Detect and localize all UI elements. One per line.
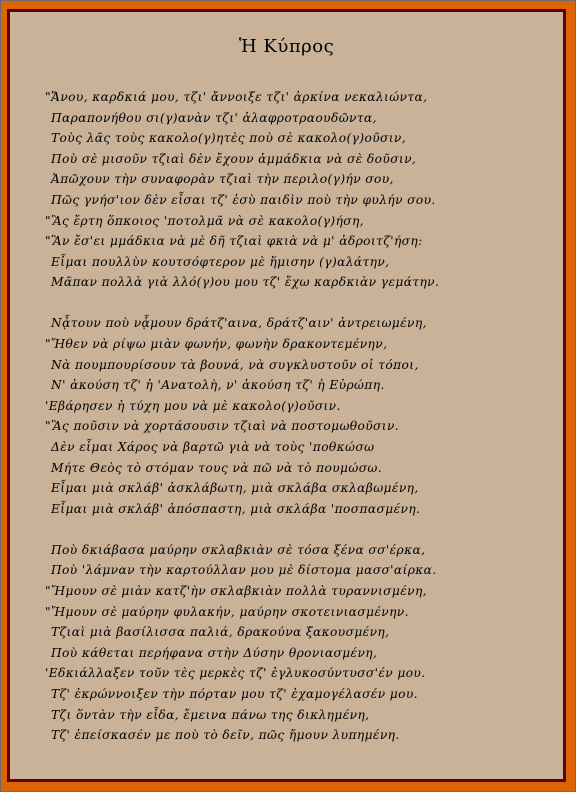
poem-line: Νὰ πουμπουρίσουν τὰ βουνά, νὰ συγκλυστοῦ…	[45, 355, 553, 376]
poem-line: Τοὺς λᾶς τοὺς κακολο(γ)ητὲς ποὺ σὲ κακολ…	[45, 128, 553, 149]
page: Ἡ Κύπρος "Ἄνου, καρδκιά μου, τζι' ἄννοιξ…	[10, 12, 563, 779]
poem-body: "Ἄνου, καρδκιά μου, τζι' ἄννοιξε τζι' ἀρ…	[45, 87, 553, 766]
poem-line: Ποὺ 'λάμναν τὴν καρτούλλαν μου μὲ δίστομ…	[45, 560, 553, 581]
poem-line: Ἀπῶχουν τὴν συναφορὰν τζιαὶ τὴν περιλο(γ…	[45, 169, 553, 190]
poem-line: Ν' ἀκούση τζ' ἡ 'Ανατολὴ, ν' ἀκούση τζ' …	[45, 375, 553, 396]
poem-title: Ἡ Κύπρος	[10, 36, 563, 57]
poem-line: Τζιαὶ μιὰ βασίλισσα παλιά, δρακούνα ξακο…	[45, 622, 553, 643]
poem-line: "Ἄνου, καρδκιά μου, τζι' ἄννοιξε τζι' ἀρ…	[45, 87, 553, 108]
stanza-1: "Ἄνου, καρδκιά μου, τζι' ἄννοιξε τζι' ἀρ…	[45, 87, 553, 293]
stanza-3: Ποὺ δκιάβασα μαύρην σκλαβκιὰν σὲ τόσα ξέ…	[45, 540, 553, 746]
poem-line: "Ἂς ἔρτη ὅπκοιος 'ποτολμᾶ νὰ σὲ κακολο(γ…	[45, 211, 553, 232]
poem-line: Εἶμαι πουλλὺν κουτσόφτερον μὲ ἥμισην (γ)…	[45, 252, 553, 273]
poem-line: 'Εδκιάλλαξεν τοῦν τὲς μερκὲς τζ' ἐγλυκοσ…	[45, 663, 553, 684]
poem-line: "Ἤθεν νὰ ρίψω μιὰν φωνήν, φωνὴν δρακοντε…	[45, 334, 553, 355]
poem-line: Ποὺ σὲ μισοῦν τζιαὶ δὲν ἔχουν ἀμμάδκια ν…	[45, 149, 553, 170]
poem-line: "Ἂς ποῦσιν νὰ χορτάσουσιν τζιαὶ νὰ ποστο…	[45, 416, 553, 437]
poem-line: Ποὺ κάθεται περήφανα στὴν Δύσην θρονιασμ…	[45, 643, 553, 664]
poem-line: "Ἤμουν σὲ μαύρην φυλακήν, μαύρην σκοτειν…	[45, 602, 553, 623]
poem-line: Μᾶπαν πολλὰ γιὰ λλό(γ)ου μου τζ' ἔχω καρ…	[45, 272, 553, 293]
poem-line: "Ἂν ἔσ'ει μμάδκια νὰ μὲ δῆ τζιαὶ φκιὰ νὰ…	[45, 231, 553, 252]
poem-line: Ποὺ δκιάβασα μαύρην σκλαβκιὰν σὲ τόσα ξέ…	[45, 540, 553, 561]
poem-line: Δὲν εἶμαι Χάρος νὰ βαρτῶ γιὰ νὰ τοὺς 'πο…	[45, 437, 553, 458]
poem-line: Τζ' ἐπείσκασέν με ποὺ τὸ δεῖν, πῶς ἤμουν…	[45, 725, 553, 746]
poem-line: Νᾆτουν ποὺ νᾆμουν δράτζ'αινα, δράτζ'αιν'…	[45, 313, 553, 334]
poem-line: Εἶμαι μιὰ σκλάβ' ἀπόσπαστη, μιὰ σκλάβα '…	[45, 499, 553, 520]
poem-line: Τζ' ἐκρώννοιξεν τὴν πόρταν μου τζ' ἐχαμο…	[45, 684, 553, 705]
poem-line: Εἶμαι μιὰ σκλάβ' ἀσκλάβωτη, μιὰ σκλάβα σ…	[45, 478, 553, 499]
poem-line: Μήτε Θεὸς τὸ στόμαν τους νὰ πῶ νὰ τὸ που…	[45, 458, 553, 479]
poem-line: "Ἤμουν σὲ μιὰν κατζ'ὴν σκλαβκιὰν πολλὰ τ…	[45, 581, 553, 602]
poem-line: Παραπονήθου σι(γ)ανὰν τζι' ἀλαφροτραουδῶ…	[45, 108, 553, 129]
stanza-2: Νᾆτουν ποὺ νᾆμουν δράτζ'αινα, δράτζ'αιν'…	[45, 313, 553, 519]
poem-line: 'Εβάρησεν ἡ τύχη μου νὰ μὲ κακολο(γ)οῦσι…	[45, 396, 553, 417]
poem-line: Πῶς γνήσ'ιον δὲν εἶσαι τζ' ἐσὺ παιδὶν πο…	[45, 190, 553, 211]
poem-line: Τζι ὅντὰν τὴν εἶδα, ἔμεινα πάνω της δικλ…	[45, 705, 553, 726]
